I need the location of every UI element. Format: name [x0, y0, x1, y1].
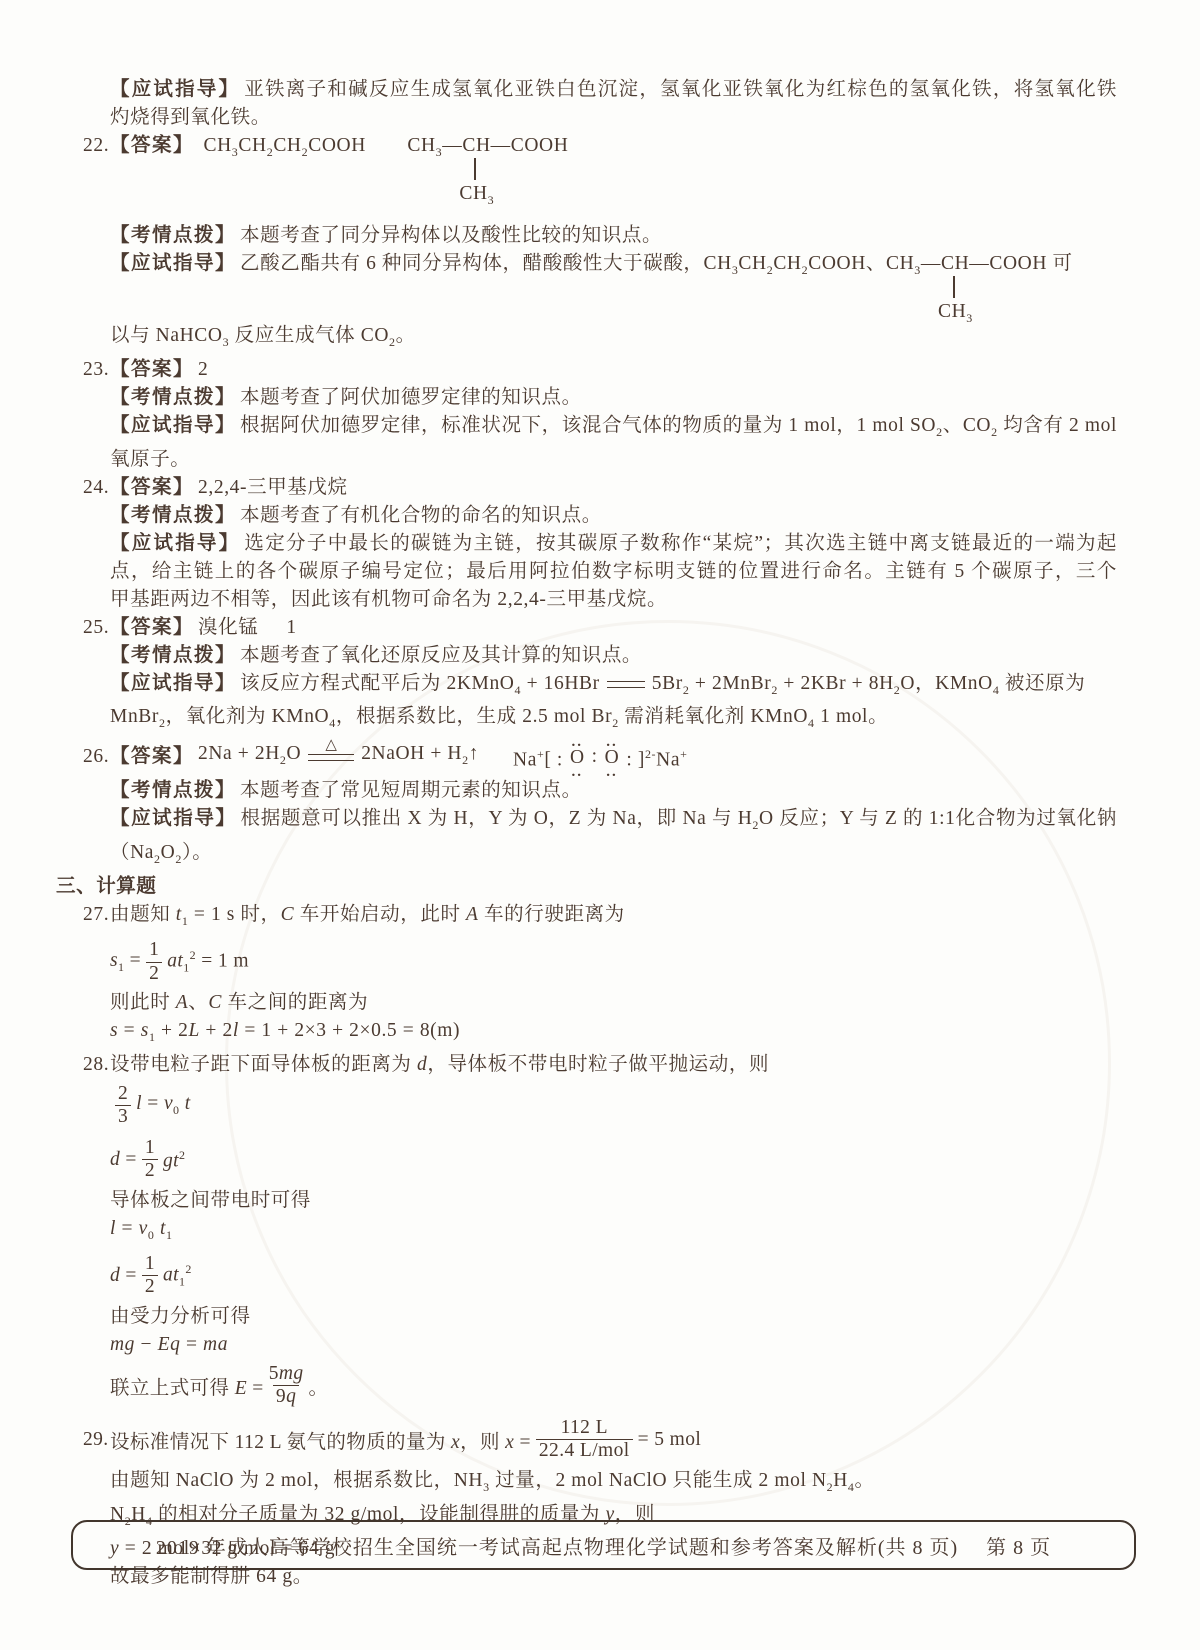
q26-guide-line2: （Na2O2）。 [110, 839, 1117, 873]
denominator: 2 [142, 1275, 158, 1298]
q28-line3: l = v0 t1 [110, 1215, 1117, 1249]
eq-post: 。 [308, 1372, 328, 1400]
q25-guide-text2: MnBr2，氧化剂为 KMnO4，根据系数比，生成 2.5 mol Br2 需消… [110, 706, 888, 727]
q28-equation1: 23 l = v0 t [110, 1079, 1117, 1133]
q22-answer-formula1: CH3CH2CH2COOH [204, 135, 366, 156]
q25-point-line: 【考情点拨】本题考查了氧化还原反应及其计算的知识点。 [110, 642, 1117, 670]
fraction: 23 [115, 1083, 131, 1129]
denominator: 2 [146, 962, 162, 985]
q24-guide-text3: 甲基距两边不相等，因此该有机物可命名为 2,2,4-三甲基戊烷。 [110, 589, 667, 610]
numerator: 1 [145, 1137, 155, 1159]
q28-equation4: 联立上式可得 E = 5mg9q 。 [110, 1359, 1117, 1413]
lone-pair-dots: .. [606, 768, 618, 777]
q26-equation-right: 2NaOH + H2↑ [361, 740, 479, 774]
q24-guide-text2: 点，给主链上的各个碳原子编号定位；最后用阿拉伯数字标明支链的位置进行命名。主链有… [110, 561, 1117, 582]
struct-bond-line [474, 158, 476, 180]
exam-point-label: 【考情点拨】 [110, 387, 236, 408]
q29-line1: 由题知 NaClO 为 2 mol，根据系数比，NH3 过量，2 mol NaC… [110, 1467, 1117, 1501]
scanned-answer-page: { "labels": { "answer": "【答案】", "exam_po… [0, 0, 1200, 1650]
q28-line4: 由受力分析可得 [110, 1303, 1117, 1331]
exam-point-label: 【考情点拨】 [110, 645, 236, 666]
fraction: 112 L22.4 L/mol [536, 1417, 633, 1463]
fraction: 5mg9q [269, 1363, 304, 1409]
q22-point-line: 【考情点拨】本题考查了同分异构体以及酸性比较的知识点。 [110, 222, 1117, 250]
q24-point-line: 【考情点拨】本题考查了有机化合物的命名的知识点。 [110, 502, 1117, 530]
struct-bond-line [953, 276, 955, 298]
denominator: 3 [115, 1105, 131, 1128]
page-content: 【应试指导】亚铁离子和碱反应生成氢氧化亚铁白色沉淀，氢氧化亚铁氧化为红棕色的氢氧… [0, 0, 1200, 1591]
q23-answer-text: 2 [198, 359, 208, 380]
footer-title: 2019 年成人高等学校招生全国统一考试高起点物理化学试题和参考答案及解析(共 … [156, 1531, 958, 1560]
lone-pair-dots: .. [572, 738, 584, 747]
section-3-heading: 三、计算题 [110, 873, 1117, 901]
q28-text2: 导体板之间带电时可得 [110, 1190, 311, 1211]
guide-label: 【应试指导】 [110, 79, 240, 100]
q25-answer-line: 25.【答案】溴化锰1 [110, 614, 1117, 642]
fraction: 12 [142, 1137, 158, 1183]
q28-text5: mg − Eq = ma [110, 1334, 228, 1355]
q28-line5: mg − Eq = ma [110, 1331, 1117, 1359]
q22-guide-text1: 乙酸乙酯共有 6 种同分异构体，醋酸酸性大于碳酸，CH3CH2CH2COOH、 [240, 253, 886, 274]
fraction: 12 [142, 1253, 158, 1299]
lone-pair-dots: .. [572, 768, 584, 777]
q27-line3: s = s1 + 2L + 2l = 1 + 2×3 + 2×0.5 = 8(m… [110, 1017, 1117, 1051]
guide-label: 【应试指导】 [110, 673, 236, 694]
eq-post: l = v0 t [136, 1093, 190, 1118]
q25-equation-right: 5Br2 + 2MnBr2 + 2KBr + 8H2O，KMnO4 被还原为 [652, 673, 1086, 694]
q26-answer-line: 26.【答案】 2Na + 2H2O △ 2NaOH + H2↑ Na+[ : … [110, 737, 1117, 777]
q22-guide-text1-post: 可 [1047, 253, 1073, 274]
q23-guide-text2: 氧原子。 [110, 449, 190, 470]
question-number: 27. [83, 901, 110, 929]
double-equals-sign [607, 681, 645, 688]
question-number: 23. [83, 356, 110, 384]
q27-text1: 由题知 t1 = 1 s 时，C 车开始启动，此时 A 车的行驶距离为 [110, 904, 625, 925]
q26-point-text: 本题考查了常见短周期元素的知识点。 [240, 780, 582, 801]
q25-guide-line1: 【应试指导】该反应方程式配平后为 2KMnO4 + 16HBr5Br2 + 2M… [110, 670, 1117, 704]
q22-guide-text2: 以与 NaHCO3 反应生成气体 CO2。 [110, 325, 416, 346]
struct-chain: CH3—CH—COOH [886, 253, 1047, 274]
eq-post: at12 = 1 m [167, 948, 249, 975]
denominator: 22.4 L/mol [536, 1439, 633, 1462]
denominator: 9q [273, 1385, 299, 1408]
q26-guide-line1: 【应试指导】根据题意可以推出 X 为 H，Y 为 O，Z 为 Na，即 Na 与… [110, 805, 1117, 839]
answer-label: 【答案】 [110, 135, 194, 156]
q24-guide-line3: 甲基距两边不相等，因此该有机物可命名为 2,2,4-三甲基戊烷。 [110, 586, 1117, 614]
lewis-oxygen-1: ..O.. [570, 738, 585, 777]
q21-guide-text1: 亚铁离子和碱反应生成氢氧化亚铁白色沉淀，氢氧化亚铁氧化为红棕色的氢氧化铁，将氢氧… [244, 79, 1117, 100]
numerator: 2 [118, 1083, 128, 1105]
q26-lewis-colon: : [592, 743, 598, 771]
eq-post: gt2 [163, 1148, 185, 1173]
q27-text3: s = s1 + 2L + 2l = 1 + 2×3 + 2×0.5 = 8(m… [110, 1020, 460, 1041]
eq-post: = 5 mol [638, 1429, 702, 1451]
eq-post: at12 [163, 1262, 192, 1289]
exam-point-label: 【考情点拨】 [110, 505, 236, 526]
eq-pre: d = [110, 1149, 137, 1171]
numerator: 5mg [269, 1363, 304, 1385]
exam-point-label: 【考情点拨】 [110, 225, 236, 246]
double-line [607, 681, 645, 688]
q25-answer-text2: 1 [286, 617, 296, 638]
q23-guide-line1: 【应试指导】根据阿伏加德罗定律，标准状况下，该混合气体的物质的量为 1 mol，… [110, 412, 1117, 446]
eq-pre: s1 = [110, 950, 141, 975]
question-number: 25. [83, 614, 110, 642]
q24-guide-line2: 点，给主链上的各个碳原子编号定位；最后用阿拉伯数字标明支链的位置进行命名。主链有… [110, 558, 1117, 586]
numerator: 1 [149, 939, 159, 961]
q29-equation1: 29. 设标准情况下 112 L 氨气的物质的量为 x，则 x = 112 L2… [110, 1413, 1117, 1467]
q21-guide-line2: 灼烧得到氧化铁。 [110, 104, 1117, 132]
q28-text4: 由受力分析可得 [110, 1306, 251, 1327]
q23-guide-text1: 根据阿伏加德罗定律，标准状况下，该混合气体的物质的量为 1 mol，1 mol … [240, 415, 1117, 436]
q21-guide-text2: 灼烧得到氧化铁。 [110, 107, 271, 128]
q25-answer-text: 溴化锰 [198, 617, 258, 638]
question-number: 24. [83, 474, 110, 502]
question-number: 29. [83, 1429, 110, 1451]
q28-line1: 28.设带电粒子距下面导体板的距离为 d，导体板不带电时粒子做平抛运动，则 [110, 1051, 1117, 1079]
guide-label: 【应试指导】 [110, 415, 236, 436]
eq-pre: d = [110, 1265, 137, 1287]
q26-guide-text1: 根据题意可以推出 X 为 H，Y 为 O，Z 为 Na，即 Na 与 H2O 反… [241, 808, 1117, 829]
q22-guide-structural-formula: CH3—CH—COOH CH3 [886, 250, 1047, 284]
answer-label: 【答案】 [110, 743, 194, 771]
q27-line1: 27.由题知 t1 = 1 s 时，C 车开始启动，此时 A 车的行驶距离为 [110, 901, 1117, 935]
q26-guide-text2: （Na2O2）。 [110, 842, 212, 863]
exam-point-label: 【考情点拨】 [110, 780, 236, 801]
q26-equation-left: 2Na + 2H2O [198, 740, 301, 774]
struct-chain: CH3—CH—COOH [407, 135, 568, 156]
q28-line2: 导体板之间带电时可得 [110, 1187, 1117, 1215]
lone-pair-dots: .. [606, 738, 618, 747]
question-number: 22. [83, 132, 110, 160]
eq-pre: 设标准情况下 112 L 氨气的物质的量为 x，则 x = [110, 1426, 531, 1454]
section-3-title: 三、计算题 [56, 876, 157, 897]
q26-point-line: 【考情点拨】本题考查了常见短周期元素的知识点。 [110, 777, 1117, 805]
delta-double-equals-sign: △ [308, 754, 354, 761]
footer-page-number: 第 8 页 [986, 1531, 1051, 1560]
q22-answer-line: 22.【答案】 CH3CH2CH2COOH CH3—CH—COOH CH3 [110, 132, 1117, 166]
q29-text1: 由题知 NaClO 为 2 mol，根据系数比，NH3 过量，2 mol NaC… [110, 1470, 875, 1491]
guide-label: 【应试指导】 [110, 253, 236, 274]
q23-point-line: 【考情点拨】本题考查了阿伏加德罗定律的知识点。 [110, 384, 1117, 412]
delta-condition: △ [325, 731, 337, 759]
q24-guide-line1: 【应试指导】选定分子中最长的碳链为主链，按其碳原子数称作“某烷”；其次选主链中离… [110, 530, 1117, 558]
q23-answer-line: 23.【答案】2 [110, 356, 1117, 384]
q23-point-text: 本题考查了阿伏加德罗定律的知识点。 [240, 387, 582, 408]
q26-lewis-pre: Na+[ : [513, 740, 563, 775]
denominator: 2 [142, 1159, 158, 1182]
guide-label: 【应试指导】 [110, 533, 240, 554]
q22-answer-structural-formula: CH3—CH—COOH CH3 [407, 132, 568, 166]
q28-equation3: d = 12 at12 [110, 1249, 1117, 1303]
fraction: 12 [146, 939, 162, 985]
answer-label: 【答案】 [110, 477, 194, 498]
q27-line2: 则此时 A、C 车之间的距离为 [110, 989, 1117, 1017]
q25-equation-left: 该反应方程式配平后为 2KMnO4 + 16HBr [240, 673, 600, 694]
q24-guide-text1: 选定分子中最长的碳链为主链，按其碳原子数称作“某烷”；其次选主链中离支链最近的一… [244, 533, 1117, 554]
guide-label: 【应试指导】 [110, 808, 237, 829]
q24-answer-line: 24.【答案】2,2,4-三甲基戊烷 [110, 474, 1117, 502]
question-number: 26. [83, 743, 110, 771]
struct-substituent: CH3 [459, 180, 494, 214]
q22-guide-line1: 【应试指导】乙酸乙酯共有 6 种同分异构体，醋酸酸性大于碳酸，CH3CH2CH2… [110, 250, 1117, 284]
lewis-oxygen-2: ..O.. [605, 738, 620, 777]
q28-text1: 设带电粒子距下面导体板的距离为 d，导体板不带电时粒子做平抛运动，则 [110, 1054, 769, 1075]
page-footer: 2019 年成人高等学校招生全国统一考试高起点物理化学试题和参考答案及解析(共 … [71, 1520, 1136, 1570]
numerator: 112 L [561, 1417, 608, 1439]
answer-label: 【答案】 [110, 617, 194, 638]
q25-point-text: 本题考查了氧化还原反应及其计算的知识点。 [240, 645, 642, 666]
q27-equation1: s1 = 12 at12 = 1 m [110, 935, 1117, 989]
q27-text2: 则此时 A、C 车之间的距离为 [110, 992, 368, 1013]
q24-answer-text: 2,2,4-三甲基戊烷 [198, 477, 348, 498]
q25-guide-line2: MnBr2，氧化剂为 KMnO4，根据系数比，生成 2.5 mol Br2 需消… [110, 703, 1117, 737]
q24-point-text: 本题考查了有机化合物的命名的知识点。 [240, 505, 602, 526]
numerator: 1 [145, 1253, 155, 1275]
q28-text3: l = v0 t1 [110, 1218, 173, 1239]
eq-pre: 联立上式可得 E = [110, 1372, 264, 1400]
q28-equation2: d = 12 gt2 [110, 1133, 1117, 1187]
q22-guide-line2: 以与 NaHCO3 反应生成气体 CO2。 [110, 322, 1117, 356]
question-number: 28. [83, 1051, 110, 1079]
q23-guide-line2: 氧原子。 [110, 446, 1117, 474]
q22-point-text: 本题考查了同分异构体以及酸性比较的知识点。 [240, 225, 662, 246]
q26-lewis-post: : ]2-Na+ [626, 740, 687, 775]
q21-guide-line1: 【应试指导】亚铁离子和碱反应生成氢氧化亚铁白色沉淀，氢氧化亚铁氧化为红棕色的氢氧… [110, 76, 1117, 104]
answer-label: 【答案】 [110, 359, 194, 380]
